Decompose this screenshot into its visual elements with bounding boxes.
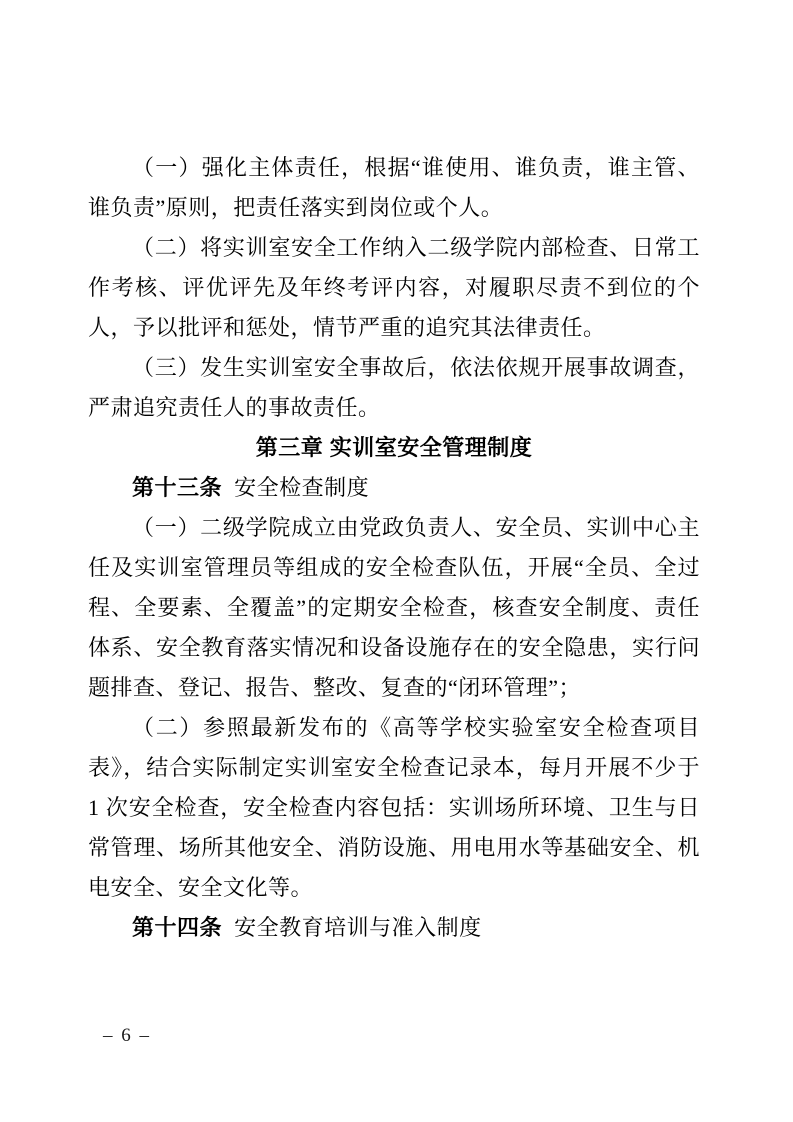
chapter-heading: 第三章 实训室安全管理制度 xyxy=(88,428,700,468)
document-page: （一）强化主体责任，根据“谁使用、谁负责，谁主管、谁负责”原则，把责任落实到岗位… xyxy=(0,0,793,1122)
article-14-heading: 第十四条安全教育培训与准入制度 xyxy=(88,908,700,948)
article-13-title: 安全检查制度 xyxy=(234,475,369,500)
article-14-label: 第十四条 xyxy=(132,915,222,940)
paragraph-item-4: （一）二级学院成立由党政负责人、安全员、实训中心主任及实训室管理员等组成的安全检… xyxy=(88,508,700,708)
article-13-label: 第十三条 xyxy=(132,475,222,500)
page-number: – 6 – xyxy=(103,1025,151,1046)
paragraph-item-2: （二）将实训室安全工作纳入二级学院内部检查、日常工作考核、评优评先及年终考评内容… xyxy=(88,228,700,348)
paragraph-item-5: （二）参照最新发布的《高等学校实验室安全检查项目表》，结合实际制定实训室安全检查… xyxy=(88,708,700,908)
page-footer: – 6 – xyxy=(103,1024,151,1048)
paragraph-item-3: （三）发生实训室安全事故后，依法依规开展事故调查，严肃追究责任人的事故责任。 xyxy=(88,348,700,428)
document-content: （一）强化主体责任，根据“谁使用、谁负责，谁主管、谁负责”原则，把责任落实到岗位… xyxy=(88,148,700,948)
article-13-heading: 第十三条安全检查制度 xyxy=(88,468,700,508)
article-14-title: 安全教育培训与准入制度 xyxy=(234,915,482,940)
paragraph-item-1: （一）强化主体责任，根据“谁使用、谁负责，谁主管、谁负责”原则，把责任落实到岗位… xyxy=(88,148,700,228)
